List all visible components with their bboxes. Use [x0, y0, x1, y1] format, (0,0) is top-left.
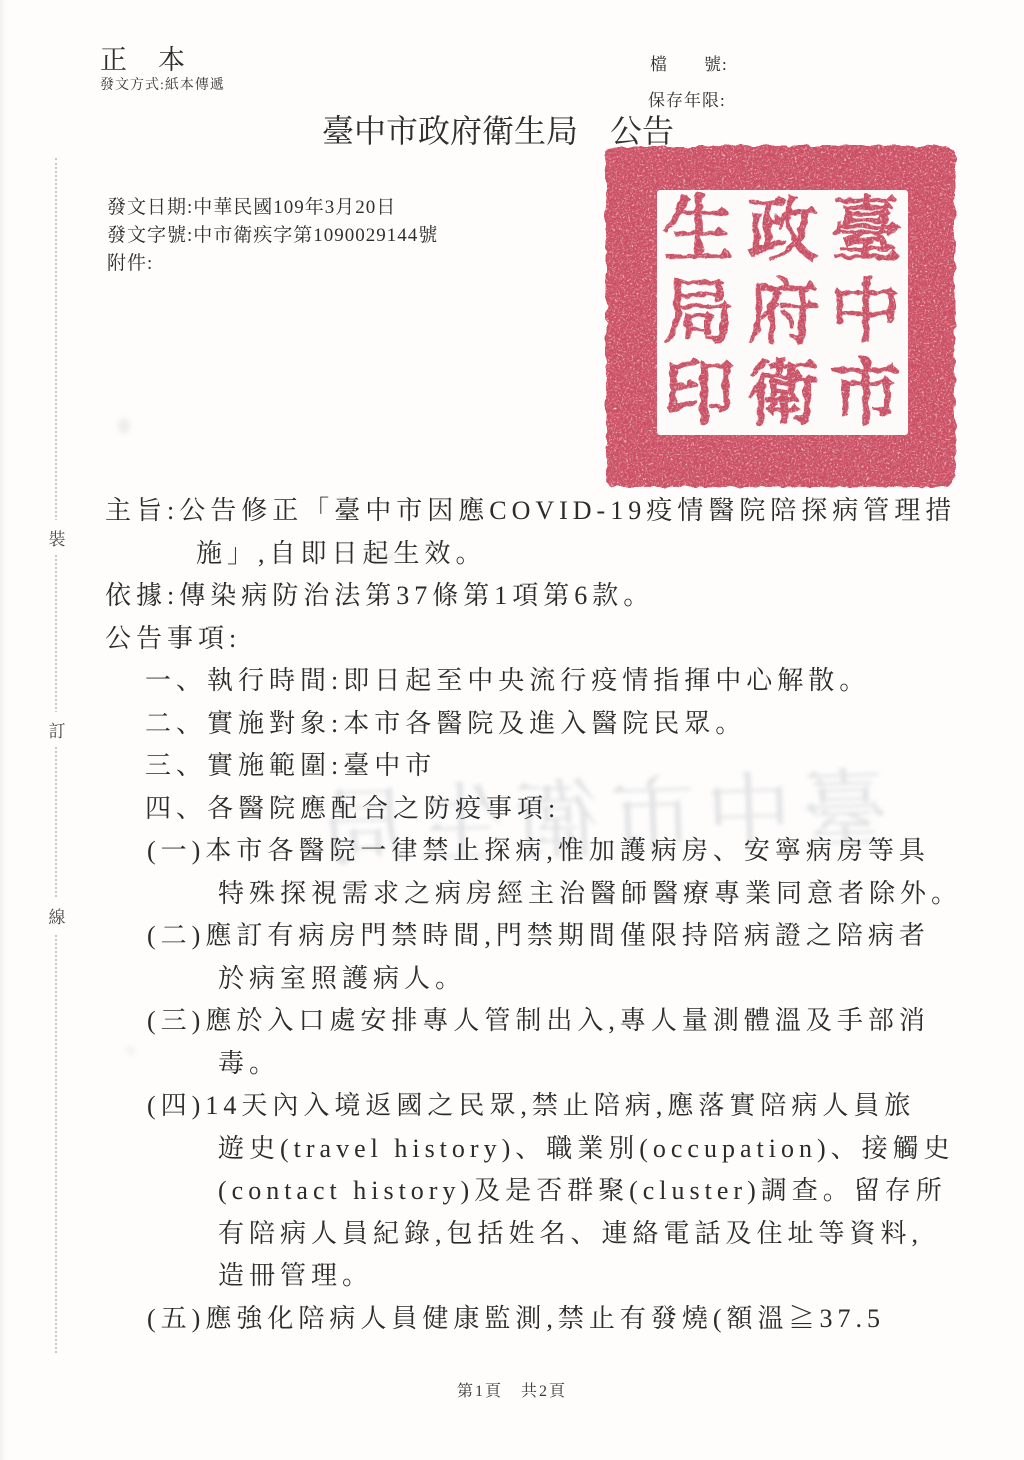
body-line: 施」,自即日起生效。 — [196, 533, 985, 576]
copy-type-label: 正 本 — [100, 38, 187, 77]
document-meta: 發文日期:中華民國109年3月20日 發文字號:中市衛疾字第1090029144… — [107, 194, 438, 278]
body-line: (三)應於入口處安排專人管制出入,專人量測體溫及手部消 — [147, 1000, 985, 1043]
binding-mark-zhuang: 裝 — [47, 520, 67, 555]
body-line: 三、實施範圍:臺中市 — [145, 745, 985, 788]
seal-char: 臺 — [830, 191, 902, 271]
seal-char: 衛 — [747, 354, 819, 434]
body-line: (四)14天內入境返國之民眾,禁止陪病,應落實陪病人員旅 — [147, 1085, 985, 1128]
body-line: 造冊管理。 — [218, 1255, 985, 1298]
scan-smudge — [118, 418, 130, 434]
body-line: 特殊探視需求之病房經主治醫師醫療專業同意者除外。 — [218, 873, 985, 916]
announcement-body: 主旨:公告修正「臺中市因應COVID-19疫情醫院陪探病管理措 施」,自即日起生… — [105, 490, 985, 1340]
seal-char: 政 — [747, 191, 819, 271]
seal-char: 印 — [663, 354, 735, 434]
scan-edge-shadow — [0, 0, 7, 1460]
document-number: 發文字號:中市衛疾字第1090029144號 — [107, 222, 438, 250]
body-line: (五)應強化陪病人員健康監測,禁止有發燒(額溫≧37.5 — [147, 1298, 985, 1341]
official-red-seal: 臺 中 市 政 府 衛 生 局 印 — [603, 143, 958, 490]
body-line: 主旨:公告修正「臺中市因應COVID-19疫情醫院陪探病管理措 — [105, 490, 985, 533]
body-line: 依據:傳染病防治法第37條第1項第6款。 — [105, 575, 985, 618]
file-number-label: 檔 號: — [650, 50, 728, 75]
binding-mark-ding: 訂 — [47, 712, 67, 747]
body-line: 毒。 — [218, 1043, 985, 1086]
binding-mark-xian: 線 — [47, 898, 67, 933]
body-line: 公告事項: — [105, 618, 985, 661]
seal-char: 府 — [747, 273, 819, 353]
seal-graphic: 臺 中 市 政 府 衛 生 局 印 — [603, 143, 958, 490]
body-line: 有陪病人員紀錄,包括姓名、連絡電話及住址等資料, — [218, 1213, 985, 1256]
seal-char: 市 — [830, 354, 902, 434]
body-line: 四、各醫院應配合之防疫事項: — [145, 788, 985, 831]
attachment-label: 附件: — [107, 250, 438, 278]
delivery-method-label: 發文方式:紙本傳遞 — [100, 74, 225, 94]
seal-char: 生 — [663, 191, 735, 271]
body-line: (二)應訂有病房門禁時間,門禁期間僅限持陪病證之陪病者 — [147, 915, 985, 958]
body-line: 於病室照護病人。 — [218, 958, 985, 1001]
scanned-announcement-page: 正 本 發文方式:紙本傳遞 檔 號: 保存年限: 臺中市政府衛生局 公告 發文日… — [0, 0, 1024, 1460]
body-line: (contact history)及是否群聚(cluster)調查。留存所 — [218, 1170, 985, 1213]
page-number-footer: 第1頁 共2頁 — [0, 1378, 1024, 1401]
body-line: (一)本市各醫院一律禁止探病,惟加護病房、安寧病房等具 — [147, 830, 985, 873]
binding-dotted-line — [55, 158, 57, 1353]
issue-date: 發文日期:中華民國109年3月20日 — [107, 194, 438, 222]
body-line: 一、執行時間:即日起至中央流行疫情指揮中心解散。 — [145, 660, 985, 703]
body-line: 二、實施對象:本市各醫院及進入醫院民眾。 — [145, 703, 985, 746]
seal-char: 中 — [830, 273, 902, 353]
body-line: 遊史(travel history)、職業別(occupation)、接觸史 — [218, 1128, 985, 1171]
seal-char: 局 — [663, 273, 735, 353]
